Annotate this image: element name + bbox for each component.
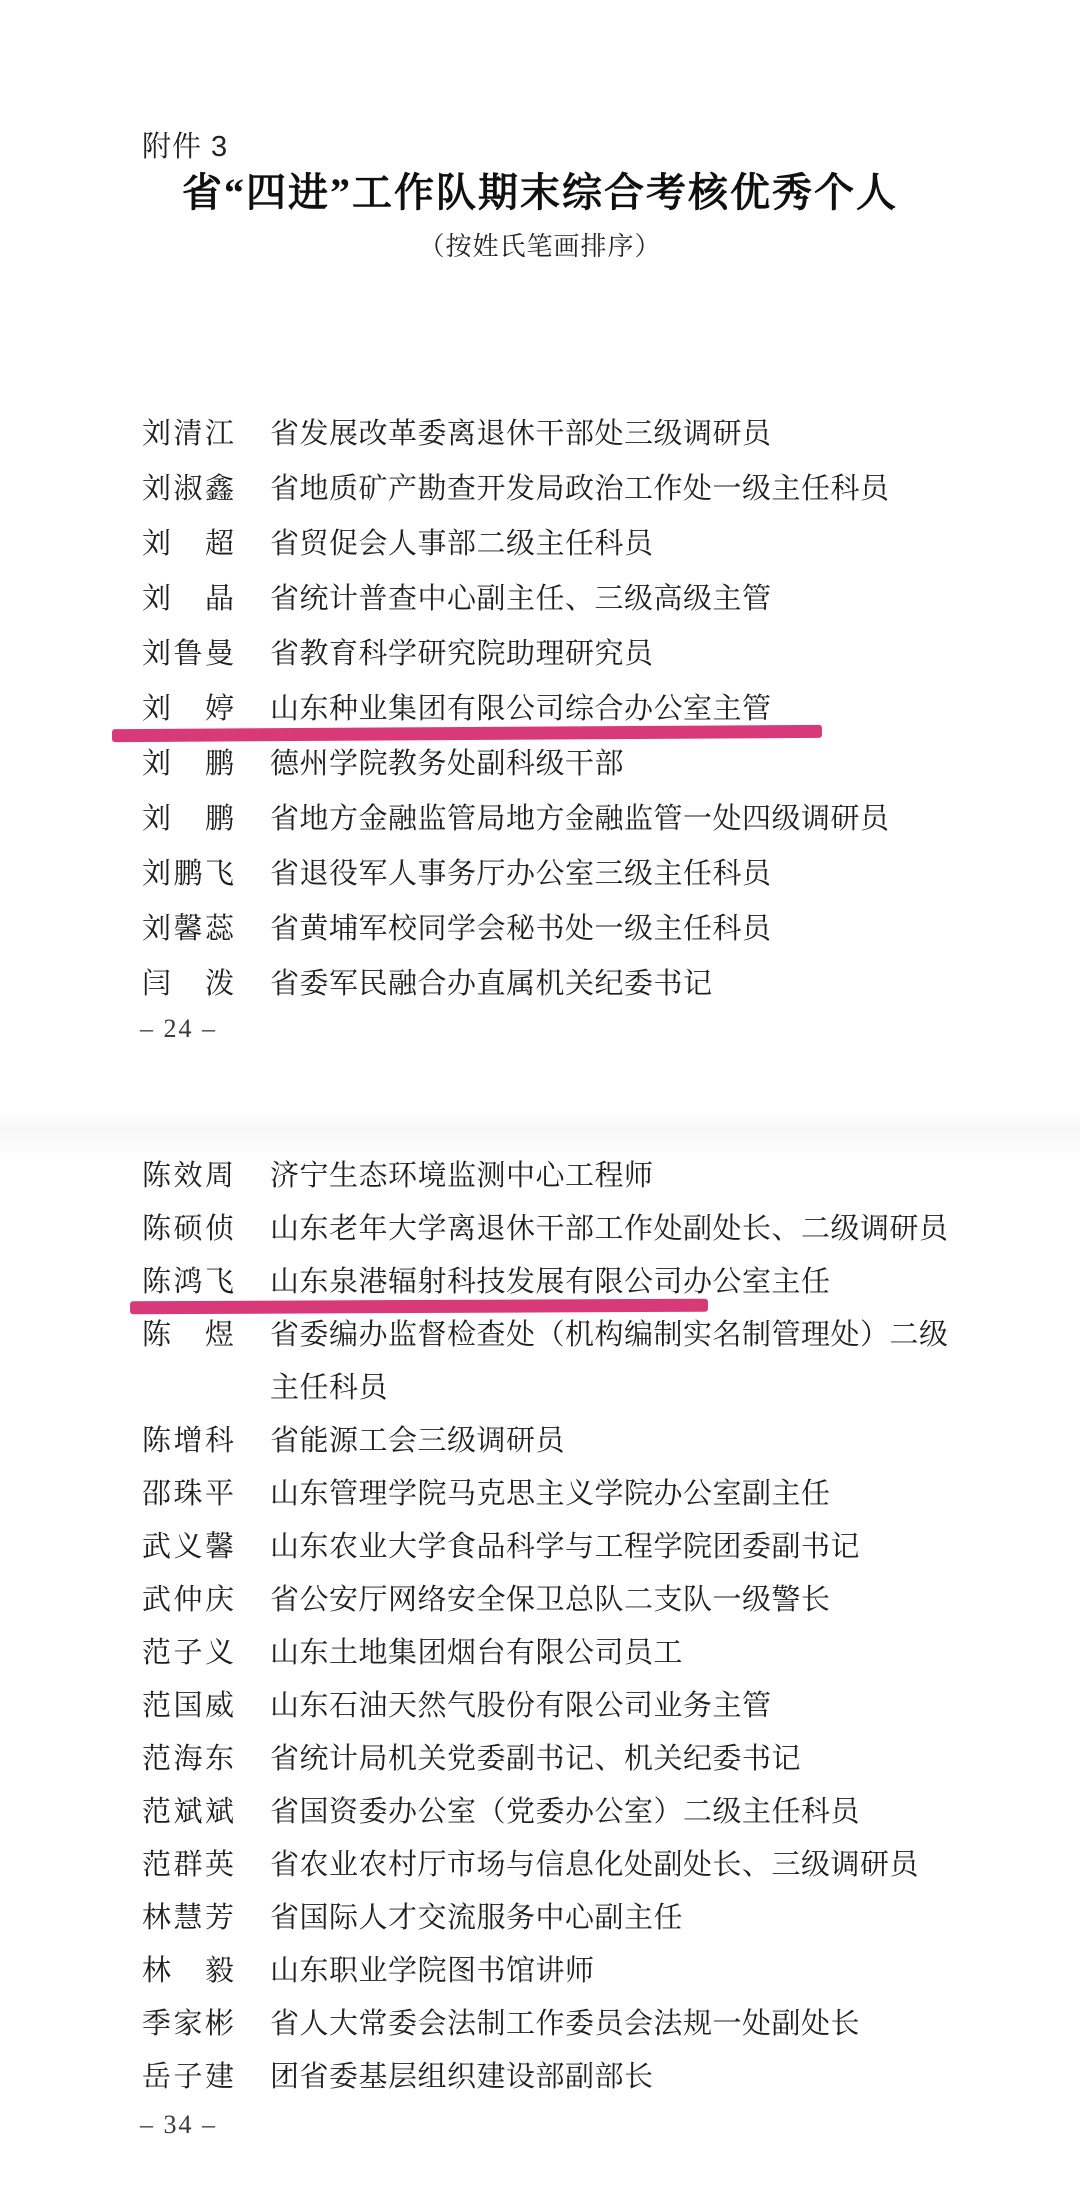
person-title: 省贸促会人事部二级主任科员 (270, 517, 654, 572)
list-entry: 范海东省统计局机关党委副书记、机关纪委书记 (142, 1733, 960, 1786)
person-name: 刘鹏 (142, 792, 234, 847)
list-entry: 林慧芳省国际人才交流服务中心副主任 (142, 1892, 960, 1945)
person-title: 省委编办监督检查处（机构编制实名制管理处）二级主任科员 (270, 1309, 960, 1415)
person-title: 山东土地集团烟台有限公司员工 (270, 1627, 683, 1680)
person-name: 林毅 (142, 1945, 234, 1998)
person-title: 省国际人才交流服务中心副主任 (270, 1892, 683, 1945)
list-entry: 闫泼省委军民融合办直属机关纪委书记 (142, 957, 890, 1012)
person-title: 省委军民融合办直属机关纪委书记 (270, 957, 713, 1012)
list-entry: 武义馨山东农业大学食品科学与工程学院团委副书记 (142, 1521, 960, 1574)
person-title: 省农业农村厅市场与信息化处副处长、三级调研员 (270, 1839, 919, 1892)
document-title: 省“四进”工作队期末综合考核优秀个人 (0, 161, 1080, 218)
person-name: 刘鹏飞 (142, 847, 234, 902)
person-title: 省人大常委会法制工作委员会法规一处副处长 (270, 1998, 860, 2051)
person-name: 武义馨 (142, 1521, 234, 1574)
list-entry: 季家彬省人大常委会法制工作委员会法规一处副处长 (142, 1998, 960, 2051)
person-name: 范国威 (142, 1680, 234, 1733)
person-name: 范子义 (142, 1627, 234, 1680)
person-name: 林慧芳 (142, 1892, 234, 1945)
person-name: 邵珠平 (142, 1468, 234, 1521)
person-name: 武仲庆 (142, 1574, 234, 1627)
person-title: 省公安厅网络安全保卫总队二支队一级警长 (270, 1574, 831, 1627)
person-name: 刘淑鑫 (142, 462, 234, 517)
person-title: 省教育科学研究院助理研究员 (270, 627, 654, 682)
person-name: 范海东 (142, 1733, 234, 1786)
person-title: 山东农业大学食品科学与工程学院团委副书记 (270, 1521, 860, 1574)
person-name: 陈煜 (142, 1309, 234, 1362)
person-title: 省能源工会三级调研员 (270, 1415, 565, 1468)
person-name: 闫泼 (142, 957, 234, 1012)
page-2-list: 陈效周济宁生态环境监测中心工程师陈硕侦山东老年大学离退休干部工作处副处长、二级调… (142, 1150, 960, 2104)
list-entry: 陈鸿飞山东泉港辐射科技发展有限公司办公室主任 (142, 1256, 960, 1309)
person-name: 范群英 (142, 1839, 234, 1892)
person-name: 刘清江 (142, 407, 234, 462)
list-entry: 范群英省农业农村厅市场与信息化处副处长、三级调研员 (142, 1839, 960, 1892)
person-name: 刘鲁曼 (142, 627, 234, 682)
person-title: 省发展改革委离退休干部处三级调研员 (270, 407, 772, 462)
list-entry: 邵珠平山东管理学院马克思主义学院办公室副主任 (142, 1468, 960, 1521)
person-title: 省地方金融监管局地方金融监管一处四级调研员 (270, 792, 890, 847)
list-entry: 范斌斌省国资委办公室（党委办公室）二级主任科员 (142, 1786, 960, 1839)
list-entry: 陈增科省能源工会三级调研员 (142, 1415, 960, 1468)
list-entry: 刘晶省统计普查中心副主任、三级高级主管 (142, 572, 890, 627)
person-name: 陈硕侦 (142, 1203, 234, 1256)
person-title: 省黄埔军校同学会秘书处一级主任科员 (270, 902, 772, 957)
person-name: 刘晶 (142, 572, 234, 627)
person-title: 山东职业学院图书馆讲师 (270, 1945, 595, 1998)
list-entry: 刘馨蕊省黄埔军校同学会秘书处一级主任科员 (142, 902, 890, 957)
person-title: 团省委基层组织建设部副部长 (270, 2051, 654, 2104)
list-entry: 刘淑鑫省地质矿产勘查开发局政治工作处一级主任科员 (142, 462, 890, 517)
document-page: 附件 3 省“四进”工作队期末综合考核优秀个人 （按姓氏笔画排序） 刘清江省发展… (0, 0, 1080, 2194)
document-subtitle: （按姓氏笔画排序） (0, 226, 1080, 263)
page-number-34: – 34 – (140, 2110, 217, 2140)
attachment-label: 附件 3 (142, 124, 228, 165)
list-entry: 刘鲁曼省教育科学研究院助理研究员 (142, 627, 890, 682)
list-entry: 刘鹏飞省退役军人事务厅办公室三级主任科员 (142, 847, 890, 902)
list-entry: 刘婷山东种业集团有限公司综合办公室主管 (142, 682, 890, 737)
person-title: 山东老年大学离退休干部工作处副处长、二级调研员 (270, 1203, 949, 1256)
list-entry: 刘鹏省地方金融监管局地方金融监管一处四级调研员 (142, 792, 890, 847)
person-name: 范斌斌 (142, 1786, 234, 1839)
page-1-list: 刘清江省发展改革委离退休干部处三级调研员刘淑鑫省地质矿产勘查开发局政治工作处一级… (142, 407, 890, 1012)
list-entry: 刘鹏德州学院教务处副科级干部 (142, 737, 890, 792)
list-entry: 岳子建团省委基层组织建设部副部长 (142, 2051, 960, 2104)
list-entry: 范国威山东石油天然气股份有限公司业务主管 (142, 1680, 960, 1733)
person-name: 陈增科 (142, 1415, 234, 1468)
person-title: 济宁生态环境监测中心工程师 (270, 1150, 654, 1203)
list-entry: 范子义山东土地集团烟台有限公司员工 (142, 1627, 960, 1680)
list-entry: 陈硕侦山东老年大学离退休干部工作处副处长、二级调研员 (142, 1203, 960, 1256)
person-title: 山东管理学院马克思主义学院办公室副主任 (270, 1468, 831, 1521)
person-title: 省统计局机关党委副书记、机关纪委书记 (270, 1733, 801, 1786)
page-number-24: – 24 – (140, 1014, 217, 1044)
list-entry: 林毅山东职业学院图书馆讲师 (142, 1945, 960, 1998)
person-title: 山东石油天然气股份有限公司业务主管 (270, 1680, 772, 1733)
list-entry: 刘超省贸促会人事部二级主任科员 (142, 517, 890, 572)
person-title: 省统计普查中心副主任、三级高级主管 (270, 572, 772, 627)
list-entry: 陈效周济宁生态环境监测中心工程师 (142, 1150, 960, 1203)
person-name: 陈效周 (142, 1150, 234, 1203)
person-name: 刘馨蕊 (142, 902, 234, 957)
person-name: 季家彬 (142, 1998, 234, 2051)
person-title: 省地质矿产勘查开发局政治工作处一级主任科员 (270, 462, 890, 517)
list-entry: 刘清江省发展改革委离退休干部处三级调研员 (142, 407, 890, 462)
person-title: 省国资委办公室（党委办公室）二级主任科员 (270, 1786, 860, 1839)
person-name: 刘鹏 (142, 737, 234, 792)
person-name: 岳子建 (142, 2051, 234, 2104)
list-entry: 武仲庆省公安厅网络安全保卫总队二支队一级警长 (142, 1574, 960, 1627)
list-entry: 陈煜省委编办监督检查处（机构编制实名制管理处）二级主任科员 (142, 1309, 960, 1415)
person-name: 刘超 (142, 517, 234, 572)
person-title: 省退役军人事务厅办公室三级主任科员 (270, 847, 772, 902)
person-title: 德州学院教务处副科级干部 (270, 737, 624, 792)
